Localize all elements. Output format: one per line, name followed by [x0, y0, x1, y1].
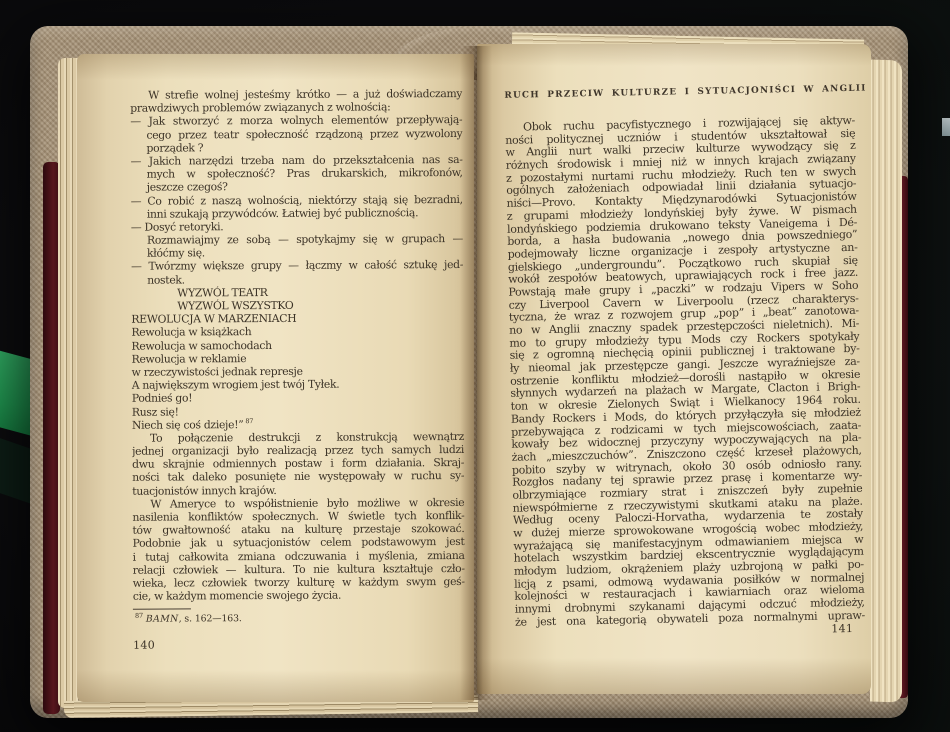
footnote-marker: 87	[135, 612, 143, 620]
left-page: W strefie wolnej jesteśmy krótko — a już…	[77, 54, 474, 702]
text-line: W strefie wolnej jesteśmy krótko — a już…	[130, 87, 462, 102]
text-block-dash: — Dosyć retoryki.Rozmawiajmy ze sobą — s…	[131, 219, 463, 260]
text-line: cie, w każdym momencie swojego życia.	[133, 588, 465, 603]
text-block-dash: — Jak stworzyć z morza wolnych elementów…	[130, 113, 462, 154]
text-line: mych w społeczność? Pras drukarskich, mi…	[131, 166, 463, 181]
page-edges-left	[58, 58, 78, 708]
left-page-text: W strefie wolnej jesteśmy krótko — a już…	[77, 52, 477, 702]
page-number-left: 140	[133, 637, 465, 652]
text-block-para: To połączenie destrukcji z konstrukcją w…	[132, 430, 464, 498]
text-block-dash: — Co robić z naszą wolnością, niektórzy …	[131, 192, 463, 220]
text-block-para: W strefie wolnej jesteśmy krótko — a już…	[130, 87, 462, 115]
page-number-right: 141	[831, 623, 853, 636]
text-block-para: Obok ruchu pacyfistycznego i rozwijające…	[505, 115, 865, 629]
text-line: wieka, lecz człowiek tworzy kulturę w ka…	[133, 575, 465, 590]
right-page-body: Obok ruchu pacyfistycznego i rozwijające…	[505, 115, 865, 629]
background-artifact	[942, 118, 950, 136]
left-page-body: W strefie wolnej jesteśmy krótko — a już…	[130, 87, 465, 603]
right-page: RUCH PRZECIW KULTURZE I SYTUACJONIŚCI W …	[477, 44, 871, 694]
text-block-verse: WYZWÓL TEATRWYZWÓL WSZYSTKOREWOLUCJA W M…	[131, 285, 464, 432]
text-line: — Co robić z naszą wolnością, niektórzy …	[131, 192, 463, 207]
text-line: cego przez teatr społeczność rządzoną pr…	[130, 127, 462, 142]
footnote-source: BAMN	[146, 614, 179, 625]
text-line: Podobnie jak u sytuacjonistów celem pods…	[133, 535, 465, 550]
right-page-text: RUCH PRZECIW KULTURZE I SYTUACJONIŚCI W …	[475, 37, 882, 695]
running-header: RUCH PRZECIW KULTURZE I SYTUACJONIŚCI W …	[504, 83, 866, 103]
text-block-dash: — Jakich narzędzi trzeba nam do przekszt…	[131, 153, 463, 194]
text-line: — Jak stworzyć z morza wolnych elementów…	[130, 113, 462, 128]
photo-scene: W strefie wolnej jesteśmy krótko — a już…	[0, 0, 950, 732]
text-line: Rozmawiajmy ze sobą — spotykajmy się w g…	[131, 232, 463, 247]
footnote-rule	[133, 609, 191, 610]
text-block-dash: — Twórzmy większe grupy — łączmy w całoś…	[131, 258, 463, 286]
text-line: — Twórzmy większe grupy — łączmy w całoś…	[131, 258, 463, 273]
text-line: inni szukają przywódców. Łatwiej być pub…	[131, 206, 463, 221]
footnote-rest: , s. 162—163.	[179, 613, 242, 624]
open-book: W strefie wolnej jesteśmy krótko — a już…	[30, 26, 908, 718]
text-line: ności tak daleko posunięte nie występowa…	[132, 469, 464, 484]
footnote: 87 BAMN, s. 162—163.	[133, 611, 465, 626]
text-block-para: W Ameryce to współistnienie było możliwe…	[132, 496, 465, 603]
